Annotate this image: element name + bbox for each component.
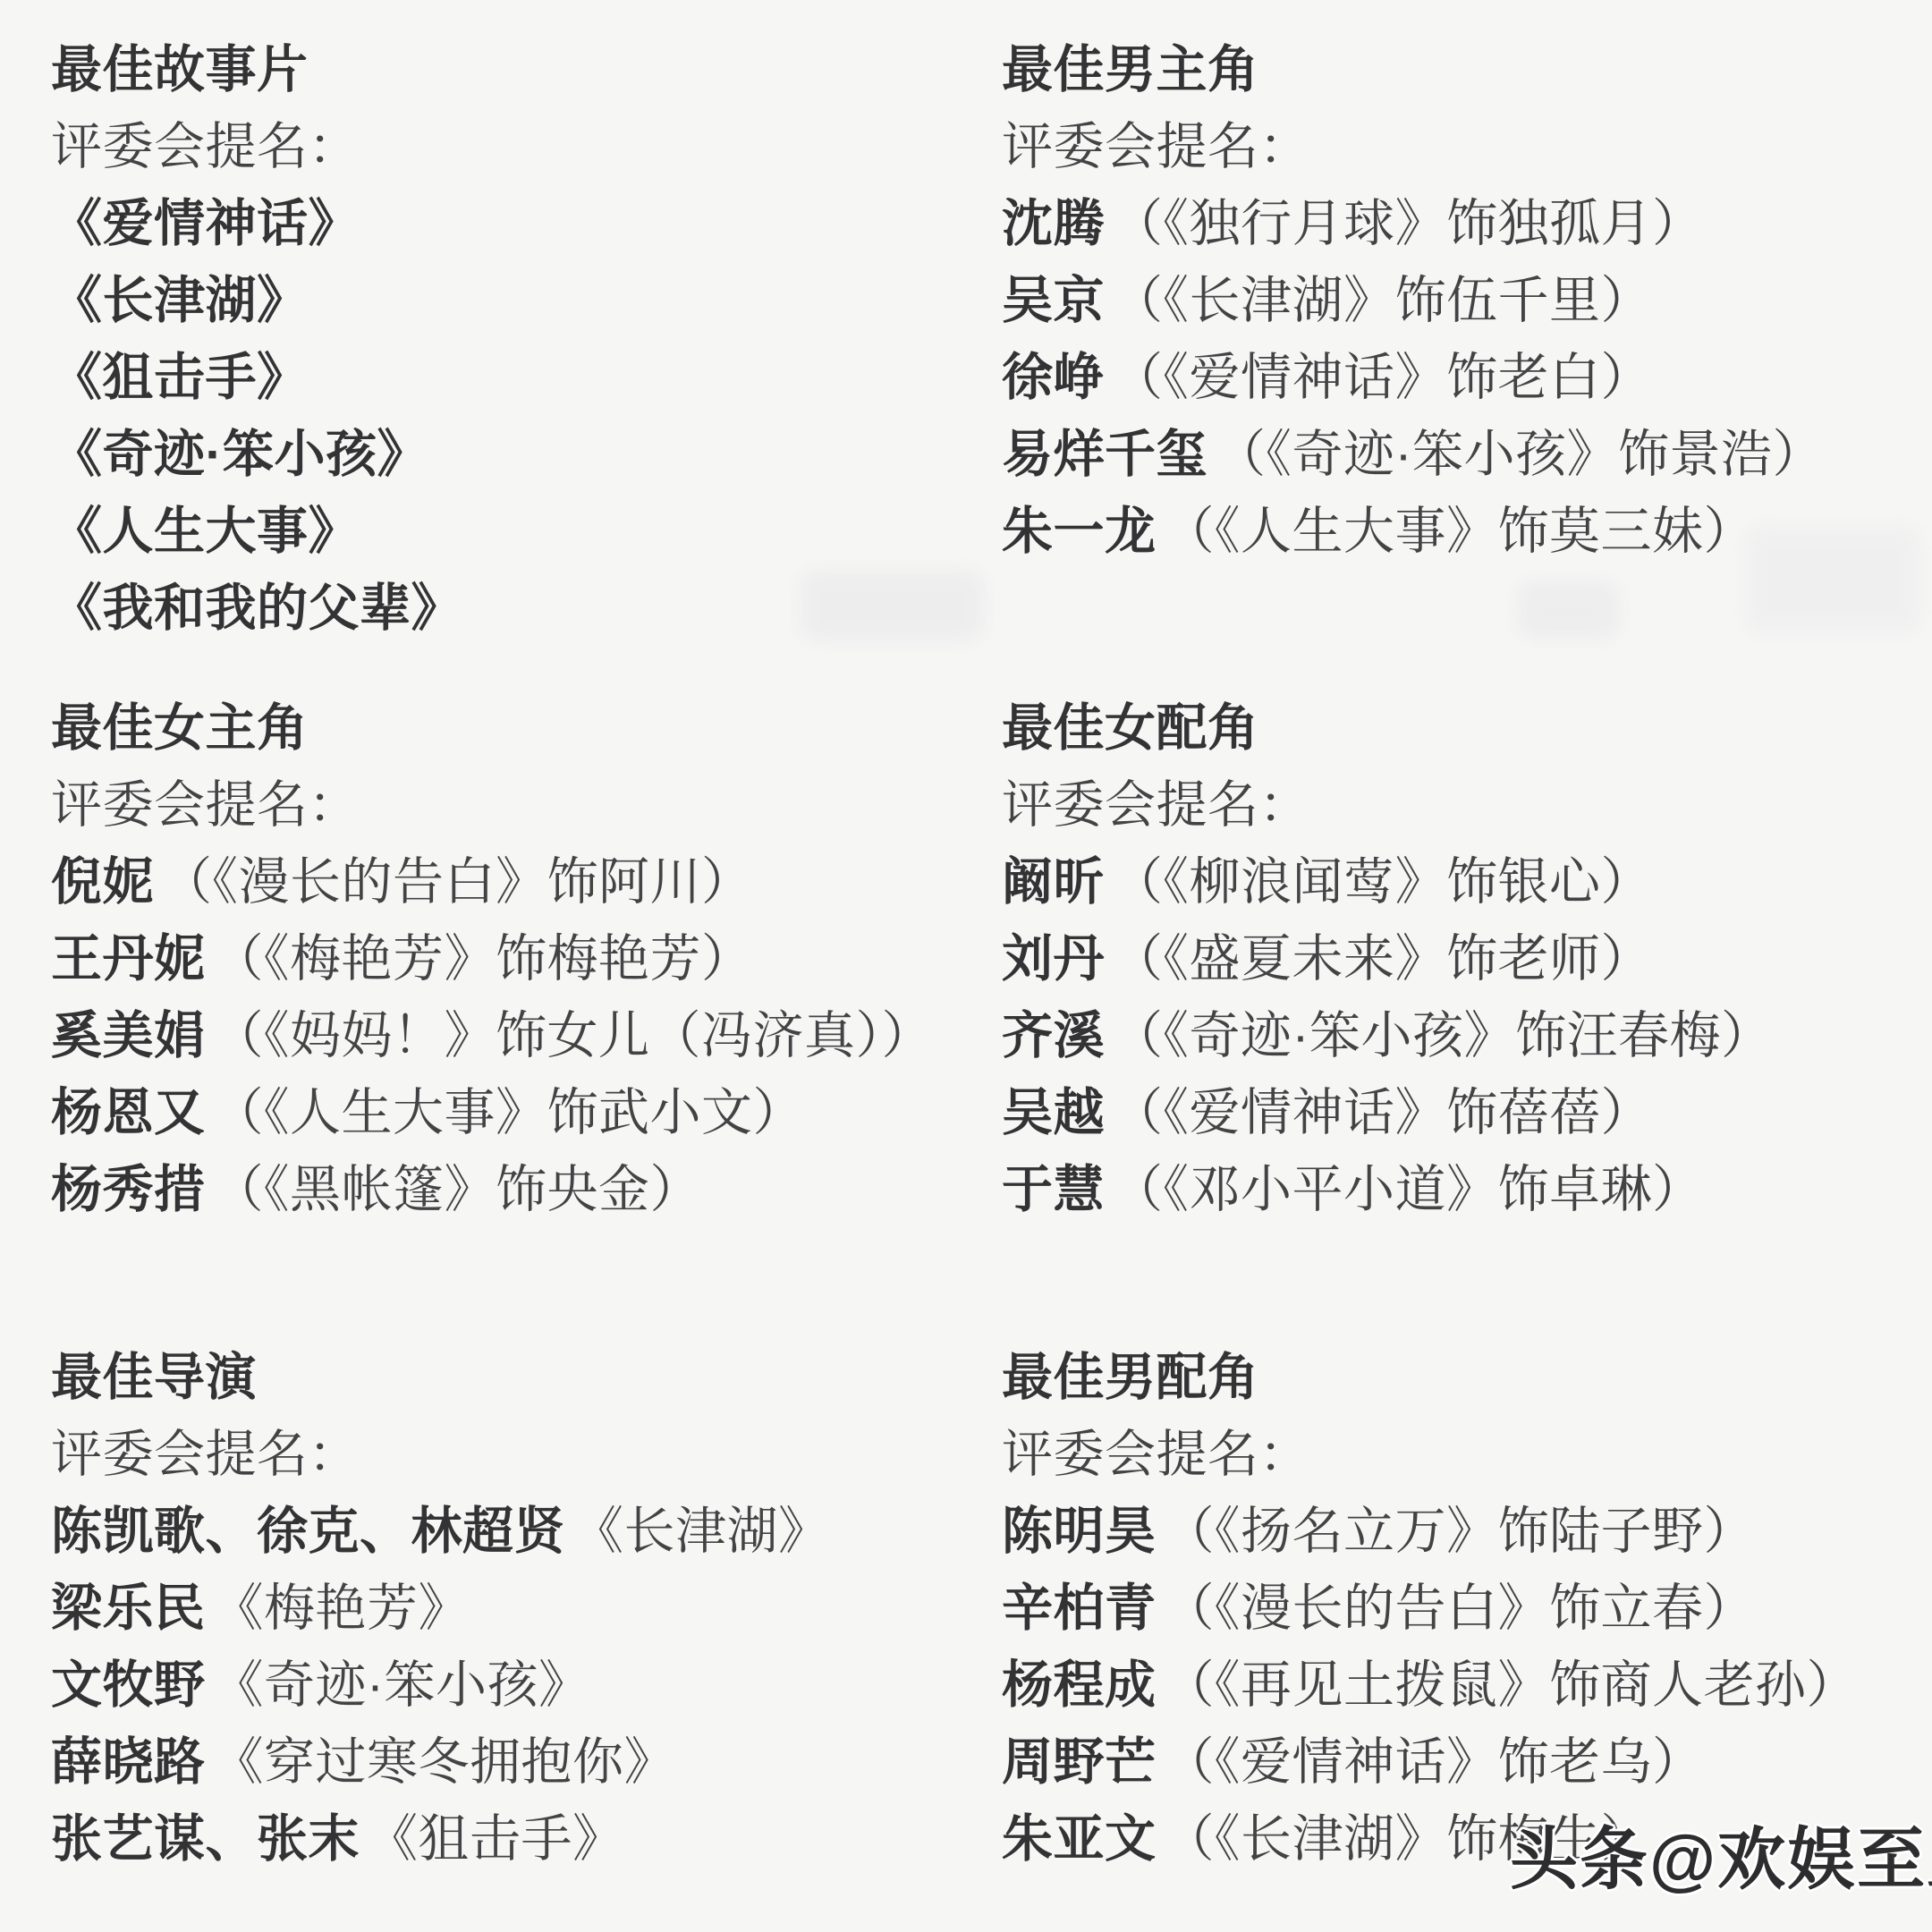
nominee-detail: （《邓小平小道》饰卓琳） — [1112, 1148, 1704, 1222]
nominee-line: 奚美娟（《妈妈！》饰女儿（冯济真）） — [51, 993, 933, 1070]
award-section-best-actor: 最佳男主角评委会提名：沈腾（《独行月球》饰独孤月）吴京（《长津湖》饰伍千里）徐峥… — [1002, 27, 1824, 565]
nominee-line: 于慧（《邓小平小道》饰卓琳） — [1002, 1147, 1772, 1224]
nominee-detail: （《人生大事》饰莫三妹） — [1164, 490, 1756, 563]
nominee-name: 易烊千玺 — [1002, 413, 1207, 487]
nominee-name: 《狙击手》 — [51, 336, 309, 410]
nominee-line: 刘丹（《盛夏未来》饰老师） — [1002, 916, 1772, 993]
nominee-line: 《狙击手》 — [51, 335, 462, 411]
nominee-name: 于慧 — [1002, 1148, 1105, 1222]
nominee-line: 陈明昊（《扬名立万》饰陆子野） — [1002, 1488, 1858, 1565]
jury-nomination-label: 评委会提名： — [1002, 762, 1772, 839]
jury-nomination-label: 评委会提名： — [51, 104, 462, 181]
award-section-best-supporting-actress: 最佳女配角评委会提名：阚昕（《柳浪闻莺》饰银心）刘丹（《盛夏未来》饰老师）齐溪（… — [1002, 685, 1772, 1224]
nominee-line: 梁乐民《梅艳芳》 — [51, 1565, 830, 1642]
nominee-line: 沈腾（《独行月球》饰独孤月） — [1002, 181, 1824, 258]
award-section-best-feature-film: 最佳故事片评委会提名：《爱情神话》《长津湖》《狙击手》《奇迹·笨小孩》《人生大事… — [51, 27, 462, 642]
nominee-detail: （《长津湖》饰伍千里） — [1112, 259, 1652, 333]
nominee-detail: （《黑帐篷》饰央金） — [213, 1148, 702, 1222]
jury-nomination-label: 评委会提名： — [51, 762, 933, 839]
nominee-name: 薛晓路 — [51, 1721, 206, 1794]
nominee-detail: （《妈妈！》饰女儿（冯济真）） — [213, 995, 934, 1068]
nominee-detail: （《人生大事》饰武小文） — [213, 1072, 805, 1145]
award-section-best-supporting-actor: 最佳男配角评委会提名：陈明昊（《扬名立万》饰陆子野）辛柏青（《漫长的告白》饰立春… — [1002, 1335, 1858, 1873]
nominee-name: 张艺谋、张末 — [51, 1798, 360, 1871]
nominee-line: 《奇迹·笨小孩》 — [51, 411, 462, 488]
nominee-name: 《长津湖》 — [51, 259, 309, 333]
watermark: 头条@欢娱至上 — [1510, 1805, 1932, 1902]
nominee-line: 辛柏青（《漫长的告白》饰立春） — [1002, 1565, 1858, 1642]
nominee-line: 吴京（《长津湖》饰伍千里） — [1002, 258, 1824, 335]
nominee-detail: （《再见土拨鼠》饰商人老孙） — [1164, 1644, 1859, 1717]
nominee-detail: （《独行月球》饰独孤月） — [1112, 182, 1704, 256]
nominee-name: 沈腾 — [1002, 182, 1105, 256]
section-title: 最佳男主角 — [1002, 27, 1824, 104]
left-column: 最佳故事片评委会提名：《爱情神话》《长津湖》《狙击手》《奇迹·笨小孩》《人生大事… — [51, 0, 995, 1932]
section-title: 最佳男配角 — [1002, 1335, 1858, 1411]
nominee-name: 杨程成 — [1002, 1644, 1157, 1717]
nominee-line: 徐峥（《爱情神话》饰老白） — [1002, 335, 1824, 411]
nominee-line: 易烊千玺（《奇迹·笨小孩》饰景浩） — [1002, 411, 1824, 488]
nominee-detail: （《爱情神话》饰蓓蓓） — [1112, 1072, 1652, 1145]
nominee-detail: （《盛夏未来》饰老师） — [1112, 918, 1652, 991]
nominee-line: 倪妮（《漫长的告白》饰阿川） — [51, 839, 933, 916]
nominee-detail: （《奇迹·笨小孩》饰景浩） — [1215, 413, 1824, 487]
section-title: 最佳女配角 — [1002, 685, 1772, 762]
section-title: 最佳女主角 — [51, 685, 933, 762]
watermark-text: 头条@欢娱至上 — [1510, 1822, 1932, 1898]
nominee-line: 周野芒（《爱情神话》饰老乌） — [1002, 1719, 1858, 1796]
right-column: 最佳男主角评委会提名：沈腾（《独行月球》饰独孤月）吴京（《长津湖》饰伍千里）徐峥… — [1002, 0, 1932, 1932]
nominee-line: 吴越（《爱情神话》饰蓓蓓） — [1002, 1070, 1772, 1147]
nominee-name: 陈明昊 — [1002, 1490, 1157, 1563]
nominee-name: 陈凯歌、徐克、林超贤 — [51, 1490, 565, 1563]
nominee-line: 王丹妮（《梅艳芳》饰梅艳芳） — [51, 916, 933, 993]
nominee-detail: （《柳浪闻莺》饰银心） — [1112, 841, 1652, 914]
nominee-detail: （《漫长的告白》饰阿川） — [161, 841, 753, 914]
nominee-detail: （《爱情神话》饰老乌） — [1164, 1721, 1704, 1794]
award-nominations-page: 最佳故事片评委会提名：《爱情神话》《长津湖》《狙击手》《奇迹·笨小孩》《人生大事… — [0, 0, 1932, 1932]
nominee-line: 齐溪（《奇迹·笨小孩》饰汪春梅） — [1002, 993, 1772, 1070]
section-title: 最佳故事片 — [51, 27, 462, 104]
nominee-line: 杨恩又（《人生大事》饰武小文） — [51, 1070, 933, 1147]
award-section-best-director: 最佳导演评委会提名：陈凯歌、徐克、林超贤《长津湖》梁乐民《梅艳芳》文牧野《奇迹·… — [51, 1335, 830, 1873]
nominee-name: 朱亚文 — [1002, 1798, 1157, 1871]
nominee-detail: （《梅艳芳》饰梅艳芳） — [213, 918, 753, 991]
blur-artifact — [1519, 581, 1619, 639]
jury-nomination-label: 评委会提名： — [1002, 104, 1824, 181]
nominee-line: 张艺谋、张末《狙击手》 — [51, 1796, 830, 1873]
nominee-line: 陈凯歌、徐克、林超贤《长津湖》 — [51, 1488, 830, 1565]
nominee-detail: （《漫长的告白》饰立春） — [1164, 1567, 1756, 1640]
nominee-line: 文牧野《奇迹·笨小孩》 — [51, 1642, 830, 1719]
nominee-name: 徐峥 — [1002, 336, 1105, 410]
nominee-detail: 《狙击手》 — [367, 1798, 624, 1871]
nominee-name: 周野芒 — [1002, 1721, 1157, 1794]
nominee-detail: 《穿过寒冬拥抱你》 — [213, 1721, 676, 1794]
nominee-name: 梁乐民 — [51, 1567, 206, 1640]
nominee-name: 齐溪 — [1002, 995, 1105, 1068]
nominee-line: 薛晓路《穿过寒冬拥抱你》 — [51, 1719, 830, 1796]
nominee-name: 吴越 — [1002, 1072, 1105, 1145]
nominee-name: 吴京 — [1002, 259, 1105, 333]
blur-artifact — [1746, 526, 1920, 633]
nominee-detail: （《长津湖》饰 — [1164, 1798, 1498, 1871]
nominee-name: 朱一龙 — [1002, 490, 1157, 563]
nominee-line: 杨程成（《再见土拨鼠》饰商人老孙） — [1002, 1642, 1858, 1719]
nominee-name: 《奇迹·笨小孩》 — [51, 413, 428, 487]
nominee-name: 《爱情神话》 — [51, 182, 360, 256]
nominee-name: 阚昕 — [1002, 841, 1105, 914]
nominee-detail: 《奇迹·笨小孩》 — [213, 1644, 590, 1717]
section-title: 最佳导演 — [51, 1335, 830, 1411]
nominee-name: 倪妮 — [51, 841, 154, 914]
jury-nomination-label: 评委会提名： — [51, 1411, 830, 1488]
blur-artifact — [801, 571, 984, 640]
nominee-line: 杨秀措（《黑帐篷》饰央金） — [51, 1147, 933, 1224]
nominee-name: 杨恩又 — [51, 1072, 206, 1145]
nominee-name: 刘丹 — [1002, 918, 1105, 991]
nominee-line: 《爱情神话》 — [51, 181, 462, 258]
nominee-line: 阚昕（《柳浪闻莺》饰银心） — [1002, 839, 1772, 916]
nominee-name: 《人生大事》 — [51, 490, 360, 563]
nominee-detail: 《长津湖》 — [572, 1490, 830, 1563]
award-section-best-actress: 最佳女主角评委会提名：倪妮（《漫长的告白》饰阿川）王丹妮（《梅艳芳》饰梅艳芳）奚… — [51, 685, 933, 1224]
nominee-name: 王丹妮 — [51, 918, 206, 991]
nominee-line: 《人生大事》 — [51, 488, 462, 565]
nominee-detail: （《奇迹·笨小孩》饰汪春梅） — [1112, 995, 1772, 1068]
nominee-line: 《长津湖》 — [51, 258, 462, 335]
nominee-name: 奚美娟 — [51, 995, 206, 1068]
nominee-detail: 《梅艳芳》 — [213, 1567, 470, 1640]
jury-nomination-label: 评委会提名： — [1002, 1411, 1858, 1488]
nominee-name: 杨秀措 — [51, 1148, 206, 1222]
nominee-name: 辛柏青 — [1002, 1567, 1157, 1640]
nominee-line: 朱一龙（《人生大事》饰莫三妹） — [1002, 488, 1824, 565]
nominee-line: 《我和我的父辈》 — [51, 565, 462, 642]
nominee-detail: （《爱情神话》饰老白） — [1112, 336, 1652, 410]
nominee-name: 文牧野 — [51, 1644, 206, 1717]
nominee-detail: （《扬名立万》饰陆子野） — [1164, 1490, 1756, 1563]
nominee-name: 《我和我的父辈》 — [51, 567, 462, 640]
